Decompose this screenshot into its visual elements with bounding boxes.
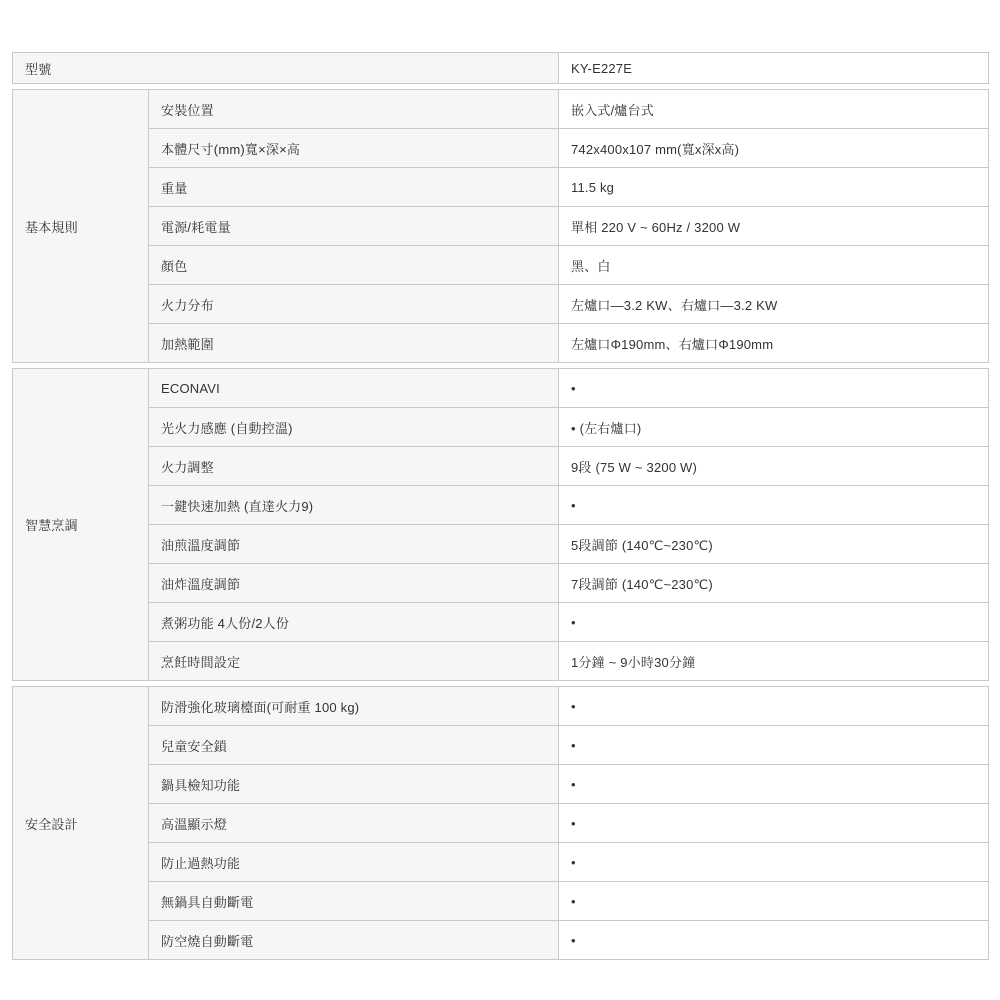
spec-row: 電源/耗電量單相 220 V ~ 60Hz / 3200 W — [13, 207, 989, 246]
spec-row: 烹飪時間設定1分鐘 ~ 9小時30分鐘 — [13, 642, 989, 681]
spec-label: 油炸溫度調節 — [149, 564, 559, 603]
spec-label: 防滑強化玻璃檯面(可耐重 100 kg) — [149, 687, 559, 726]
spec-value: • — [559, 882, 989, 921]
spec-value: • — [559, 603, 989, 642]
spec-value: • — [559, 804, 989, 843]
spec-section: 基本規則安裝位置嵌入式/爐台式本體尺寸(mm)寬×深×高742x400x107 … — [12, 89, 989, 363]
spec-row: 火力調整9段 (75 W ~ 3200 W) — [13, 447, 989, 486]
spec-value: 左爐口Φ190mm、右爐口Φ190mm — [559, 324, 989, 363]
spec-label: 顏色 — [149, 246, 559, 285]
spec-row: 兒童安全鎖• — [13, 726, 989, 765]
spec-row: 煮粥功能 4人份/2人份• — [13, 603, 989, 642]
spec-value: 1分鐘 ~ 9小時30分鐘 — [559, 642, 989, 681]
spec-label: 兒童安全鎖 — [149, 726, 559, 765]
spec-row: 油炸溫度調節7段調節 (140℃~230℃) — [13, 564, 989, 603]
spec-label: 煮粥功能 4人份/2人份 — [149, 603, 559, 642]
spec-section: 型號KY-E227E — [12, 52, 989, 84]
spec-value: • (左右爐口) — [559, 408, 989, 447]
spec-label: 電源/耗電量 — [149, 207, 559, 246]
spec-value: 左爐口—3.2 KW、右爐口—3.2 KW — [559, 285, 989, 324]
spec-row: 防空燒自動斷電• — [13, 921, 989, 960]
spec-label: 無鍋具自動斷電 — [149, 882, 559, 921]
spec-value: • — [559, 921, 989, 960]
spec-row: 無鍋具自動斷電• — [13, 882, 989, 921]
spec-label: 鍋具檢知功能 — [149, 765, 559, 804]
spec-label: 光火力感應 (自動控溫) — [149, 408, 559, 447]
spec-section: 智慧烹調ECONAVI•光火力感應 (自動控溫)• (左右爐口)火力調整9段 (… — [12, 368, 989, 681]
spec-value: • — [559, 486, 989, 525]
spec-label: 火力分布 — [149, 285, 559, 324]
spec-table: 型號KY-E227E基本規則安裝位置嵌入式/爐台式本體尺寸(mm)寬×深×高74… — [12, 52, 988, 965]
spec-section: 安全設計防滑強化玻璃檯面(可耐重 100 kg)•兒童安全鎖•鍋具檢知功能•高溫… — [12, 686, 989, 960]
spec-row: 鍋具檢知功能• — [13, 765, 989, 804]
spec-row: 安全設計防滑強化玻璃檯面(可耐重 100 kg)• — [13, 687, 989, 726]
spec-value: 9段 (75 W ~ 3200 W) — [559, 447, 989, 486]
spec-value: • — [559, 843, 989, 882]
spec-value: • — [559, 765, 989, 804]
spec-value: 黑、白 — [559, 246, 989, 285]
spec-row: 一鍵快速加熱 (直達火力9)• — [13, 486, 989, 525]
spec-label: 防空燒自動斷電 — [149, 921, 559, 960]
spec-value: • — [559, 726, 989, 765]
spec-row: 油煎溫度調節5段調節 (140℃~230℃) — [13, 525, 989, 564]
spec-row: 防止過熱功能• — [13, 843, 989, 882]
spec-label: 烹飪時間設定 — [149, 642, 559, 681]
spec-value: KY-E227E — [559, 53, 989, 84]
spec-value: 嵌入式/爐台式 — [559, 90, 989, 129]
spec-category: 智慧烹調 — [13, 369, 149, 681]
spec-value: • — [559, 369, 989, 408]
spec-value: 單相 220 V ~ 60Hz / 3200 W — [559, 207, 989, 246]
spec-label: 一鍵快速加熱 (直達火力9) — [149, 486, 559, 525]
spec-row: 智慧烹調ECONAVI• — [13, 369, 989, 408]
spec-page: 型號KY-E227E基本規則安裝位置嵌入式/爐台式本體尺寸(mm)寬×深×高74… — [0, 0, 1000, 1000]
spec-row: 火力分布左爐口—3.2 KW、右爐口—3.2 KW — [13, 285, 989, 324]
spec-category: 型號 — [13, 53, 559, 84]
spec-row: 顏色黑、白 — [13, 246, 989, 285]
spec-category: 基本規則 — [13, 90, 149, 363]
spec-row: 型號KY-E227E — [13, 53, 989, 84]
spec-label: 防止過熱功能 — [149, 843, 559, 882]
spec-value: • — [559, 687, 989, 726]
spec-value: 5段調節 (140℃~230℃) — [559, 525, 989, 564]
spec-label: 高溫顯示燈 — [149, 804, 559, 843]
spec-row: 本體尺寸(mm)寬×深×高742x400x107 mm(寬x深x高) — [13, 129, 989, 168]
spec-label: 火力調整 — [149, 447, 559, 486]
spec-label: 重量 — [149, 168, 559, 207]
spec-label: ECONAVI — [149, 369, 559, 408]
spec-label: 本體尺寸(mm)寬×深×高 — [149, 129, 559, 168]
spec-row: 基本規則安裝位置嵌入式/爐台式 — [13, 90, 989, 129]
spec-value: 742x400x107 mm(寬x深x高) — [559, 129, 989, 168]
spec-category: 安全設計 — [13, 687, 149, 960]
spec-value: 11.5 kg — [559, 168, 989, 207]
spec-label: 油煎溫度調節 — [149, 525, 559, 564]
spec-row: 重量11.5 kg — [13, 168, 989, 207]
spec-label: 加熱範圍 — [149, 324, 559, 363]
spec-row: 加熱範圍左爐口Φ190mm、右爐口Φ190mm — [13, 324, 989, 363]
spec-label: 安裝位置 — [149, 90, 559, 129]
spec-row: 高溫顯示燈• — [13, 804, 989, 843]
spec-row: 光火力感應 (自動控溫)• (左右爐口) — [13, 408, 989, 447]
spec-value: 7段調節 (140℃~230℃) — [559, 564, 989, 603]
